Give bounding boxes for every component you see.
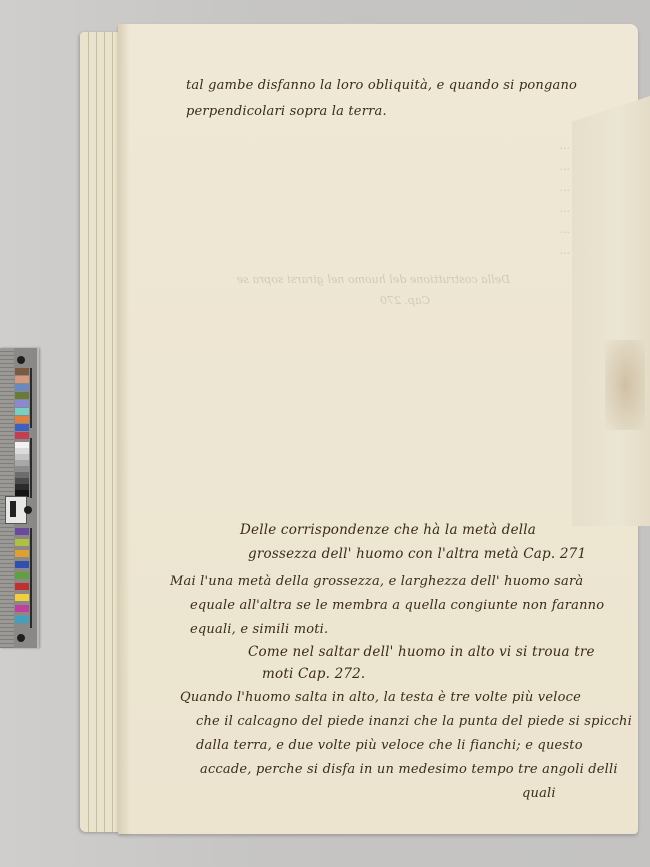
calibration-rail [30, 528, 32, 628]
chapter-272-body-line-4: accade, perche si disfa in un medesimo t… [200, 762, 618, 777]
calibration-swatch [15, 594, 29, 601]
calibration-rail [30, 438, 32, 498]
chapter-271-body-line-1: Mai l'una metà della grossezza, e larghe… [170, 574, 583, 589]
chapter-272-body-line-2: che il calcagno del piede inanzi che la … [196, 714, 632, 729]
chapter-271-body-line-3: equali, e simili moti. [190, 622, 328, 637]
top-passage-line-2: perpendicolari sopra la terra. [186, 104, 387, 119]
catchword: quali [522, 786, 556, 801]
calibration-swatch [15, 605, 29, 612]
calibration-swatch [15, 392, 29, 399]
calibration-swatch [15, 583, 29, 590]
paper-stain [605, 340, 645, 430]
calibration-swatch [15, 561, 29, 568]
calibration-swatch [15, 384, 29, 391]
color-calibration-target [0, 348, 39, 648]
chapter-272-body-line-1: Quando l'huomo salta in alto, la testa è… [180, 690, 581, 705]
registration-dot-icon [17, 356, 25, 364]
calibration-swatch [15, 376, 29, 383]
calibration-swatch [15, 528, 29, 535]
calibration-swatch [15, 616, 29, 623]
chapter-271-body-line-2: equale all'altra se le membra a quella c… [190, 598, 604, 613]
calibration-swatch [15, 432, 29, 439]
calibration-swatch [15, 408, 29, 415]
chapter-272-heading-line-2: moti Cap. 272. [262, 666, 365, 682]
calibration-rail [30, 368, 32, 428]
chapter-272-heading-line-1: Come nel saltar dell' huomo in alto vi s… [248, 644, 595, 660]
folded-slip [572, 96, 650, 526]
calibration-swatch [15, 416, 29, 423]
calibration-swatch [15, 400, 29, 407]
calibration-swatch [15, 424, 29, 431]
bleed-through-text: ... ... ... ... ... ... Della costruttio… [190, 135, 570, 495]
registration-dot-icon [24, 506, 32, 514]
chapter-271-heading-line-2: grossezza dell' huomo con l'altra metà C… [248, 546, 586, 562]
top-passage-line-1: tal gambe disfanno la loro obliquità, e … [186, 78, 577, 93]
calibration-swatch [15, 550, 29, 557]
chapter-272-body-line-3: dalla terra, e due volte più veloce che … [196, 738, 583, 753]
calibration-swatch [15, 539, 29, 546]
calibration-swatch [15, 368, 29, 375]
registration-dot-icon [17, 634, 25, 642]
page-gutter-shadow [118, 24, 130, 834]
calibration-swatch [15, 572, 29, 579]
chapter-271-heading-line-1: Delle corrispondenze che hà la metà dell… [240, 522, 536, 538]
